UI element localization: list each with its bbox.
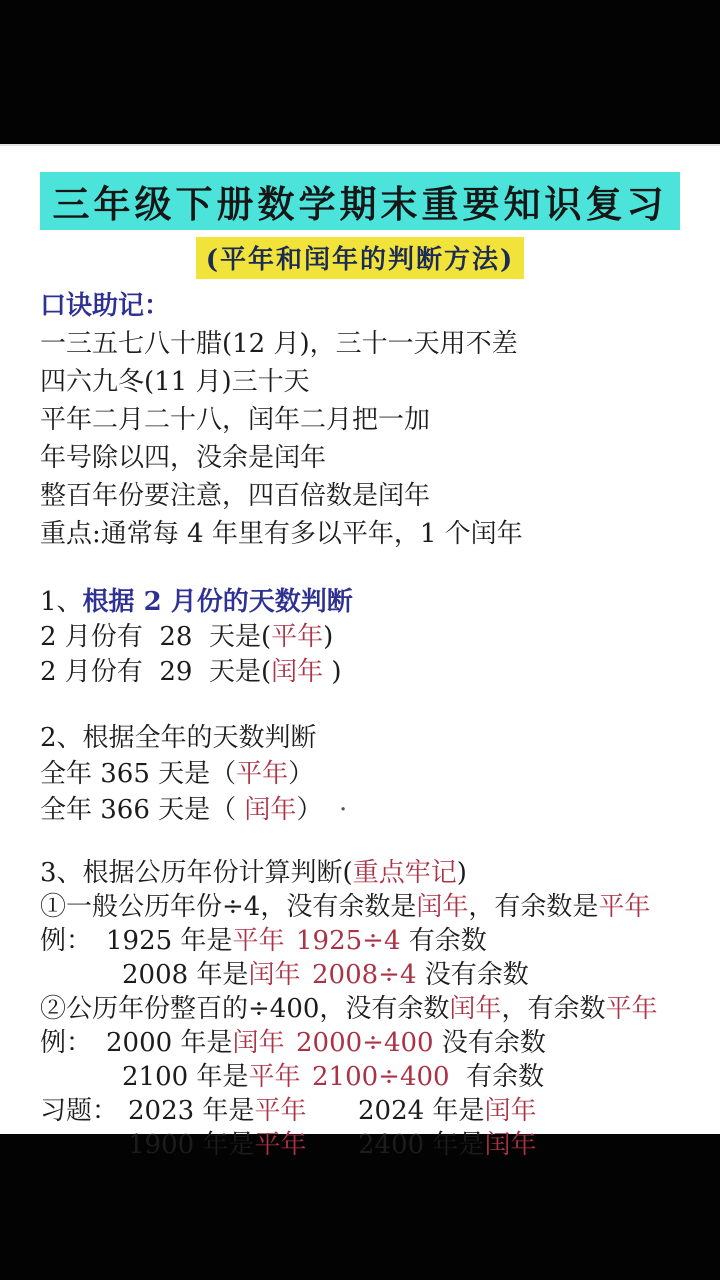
row-text: 1900 年是 <box>128 1130 254 1160</box>
section-1: 1、根据 2 月份的天数判断 2 月份有 28 天是(平年) 2 月份有 29 … <box>40 585 692 690</box>
exercise-left: 2023 年是平年 <box>128 1094 358 1128</box>
row-text: 3、根据公历年份计算判断( <box>40 858 353 888</box>
row-text: ) <box>323 657 341 687</box>
section-1-number: 1、 <box>40 587 83 617</box>
example-row: 2008 年是闰年 2008÷4 没有余数 <box>40 958 692 992</box>
row-text: ①一般公历年份÷4，没有余数是 <box>40 892 416 922</box>
example-label: 例： <box>40 924 106 958</box>
row-text: 全年 366 天是（ <box>40 795 244 825</box>
answer-text: 平年 <box>254 1096 306 1126</box>
mnemonic-line: 平年二月二十八，闰年二月把一加 <box>40 401 692 439</box>
answer-text: 闰年 <box>232 1028 284 1058</box>
answer-text: 闰年 <box>449 994 501 1024</box>
row-text: 2024 年是 <box>358 1096 484 1126</box>
row-text: ，有余数 <box>501 994 605 1024</box>
section-2: 2、根据全年的天数判断 全年 365 天是（平年） 全年 366 天是（ 闰年）… <box>40 720 692 828</box>
example-calc: 1925÷4 有余数 <box>296 924 487 958</box>
row-text: 2100 年是 <box>122 1062 248 1092</box>
example-label: 例： <box>40 1026 106 1060</box>
rule-1: ①一般公历年份÷4，没有余数是闰年，有余数是平年 <box>40 890 692 924</box>
mnemonic-heading: 口诀助记： <box>40 287 692 325</box>
example-calc: 2008÷4 没有余数 <box>312 958 529 992</box>
example-calc: 2100÷400 有余数 <box>312 1060 544 1094</box>
mnemonic-line: 一三五七八十腊(12 月)，三十一天用不差 <box>40 325 692 363</box>
example-label-spacer <box>40 958 106 992</box>
row-text: 没有余数 <box>417 960 529 990</box>
subtitle-row: (平年和闰年的判断方法) <box>0 237 720 279</box>
document-page: 三年级下册数学期末重要知识复习 (平年和闰年的判断方法) 口诀助记： 一三五七八… <box>0 144 720 1134</box>
exercise-row: 习题： 2023 年是平年 2024 年是闰年 <box>40 1094 692 1128</box>
answer-text: 闰年 <box>248 960 300 990</box>
calc-expression: 2100÷400 <box>312 1062 450 1092</box>
row-text: 2 月份有 28 天是( <box>40 622 271 652</box>
answer-text: 平年 <box>271 622 323 652</box>
row-text: 有余数 <box>450 1062 545 1092</box>
page-subtitle: (平年和闰年的判断方法) <box>206 245 515 275</box>
exercise-right: 2400 年是闰年 <box>358 1128 536 1162</box>
section-3-heading: 3、根据公历年份计算判断(重点牢记) <box>40 856 692 890</box>
row-text: ，有余数是 <box>468 892 598 922</box>
mnemonic-line: 四六九冬(11 月)三十天 <box>40 363 692 401</box>
row-text: 没有余数 <box>434 1028 546 1058</box>
answer-text: 闰年 <box>244 795 296 825</box>
answer-text: 平年 <box>605 994 657 1024</box>
answer-text: 闰年 <box>484 1130 536 1160</box>
page-title: 三年级下册数学期末重要知识复习 <box>53 174 668 228</box>
section-1-row: 2 月份有 28 天是(平年) <box>40 620 692 655</box>
row-text: 2 月份有 29 天是( <box>40 657 271 687</box>
exercise-left: 1900 年是平年 <box>128 1128 358 1162</box>
heading-emphasis: 重点牢记 <box>353 858 457 888</box>
row-text: ) <box>457 858 467 888</box>
row-text: 1925 年是 <box>106 926 232 956</box>
calc-expression: 2008÷4 <box>312 960 417 990</box>
section-3: 3、根据公历年份计算判断(重点牢记) ①一般公历年份÷4，没有余数是闰年，有余数… <box>40 856 692 1162</box>
section-1-heading: 1、根据 2 月份的天数判断 <box>40 585 692 620</box>
subtitle-highlight: (平年和闰年的判断方法) <box>196 237 525 279</box>
section-2-row: 全年 366 天是（ 闰年） · <box>40 792 692 828</box>
answer-text: 平年 <box>598 892 650 922</box>
section-2-heading: 2、根据全年的天数判断 <box>40 720 692 756</box>
example-row: 2100 年是平年 2100÷400 有余数 <box>40 1060 692 1094</box>
mnemonic-section: 口诀助记： 一三五七八十腊(12 月)，三十一天用不差 四六九冬(11 月)三十… <box>40 287 692 553</box>
example-row: 例： 1925 年是平年 1925÷4 有余数 <box>40 924 692 958</box>
row-text: ②公历年份整百的÷400，没有余数 <box>40 994 449 1024</box>
answer-text: 闰年 <box>271 657 323 687</box>
exercise-label-spacer <box>40 1128 128 1162</box>
stray-dot <box>322 795 339 825</box>
example-year: 2008 年是闰年 <box>106 958 312 992</box>
answer-text: 平年 <box>236 759 288 789</box>
row-text: 有余数 <box>401 926 487 956</box>
answer-text: 闰年 <box>416 892 468 922</box>
section-1-row: 2 月份有 29 天是(闰年 ) <box>40 655 692 690</box>
answer-text: 平年 <box>232 926 284 956</box>
example-label-spacer <box>40 1060 106 1094</box>
example-year: 2100 年是平年 <box>106 1060 312 1094</box>
row-text: 2000 年是 <box>106 1028 232 1058</box>
document-content: 口诀助记： 一三五七八十腊(12 月)，三十一天用不差 四六九冬(11 月)三十… <box>0 279 720 1162</box>
mnemonic-line: 重点:通常每 4 年里有多以平年，1 个闰年 <box>40 515 692 553</box>
row-text: ) <box>323 622 333 652</box>
section-1-heading-text: 根据 2 月份的天数判断 <box>83 587 353 617</box>
stray-dot-glyph: · <box>339 795 347 825</box>
exercise-label: 习题： <box>40 1094 128 1128</box>
example-calc: 2000÷400 没有余数 <box>296 1026 546 1060</box>
row-text: ） <box>296 795 322 825</box>
row-text: 2008 年是 <box>122 960 248 990</box>
rule-2: ②公历年份整百的÷400，没有余数闰年，有余数平年 <box>40 992 692 1026</box>
calc-expression: 2000÷400 <box>296 1028 434 1058</box>
example-row: 例： 2000 年是闰年 2000÷400 没有余数 <box>40 1026 692 1060</box>
answer-text: 平年 <box>248 1062 300 1092</box>
exercise-right: 2024 年是闰年 <box>358 1094 536 1128</box>
calc-expression: 1925÷4 <box>296 926 401 956</box>
answer-text: 平年 <box>254 1130 306 1160</box>
example-year: 2000 年是闰年 <box>106 1026 296 1060</box>
row-text: ） <box>288 759 314 789</box>
title-banner: 三年级下册数学期末重要知识复习 <box>40 172 680 230</box>
row-text: 全年 365 天是（ <box>40 759 236 789</box>
mnemonic-line: 整百年份要注意，四百倍数是闰年 <box>40 477 692 515</box>
exercise-row: 1900 年是平年 2400 年是闰年 <box>40 1128 692 1162</box>
row-text: 2400 年是 <box>358 1130 484 1160</box>
answer-text: 闰年 <box>484 1096 536 1126</box>
mnemonic-line: 年号除以四，没余是闰年 <box>40 439 692 477</box>
row-text: 2023 年是 <box>128 1096 254 1126</box>
section-2-row: 全年 365 天是（平年） <box>40 756 692 792</box>
example-year: 1925 年是平年 <box>106 924 296 958</box>
